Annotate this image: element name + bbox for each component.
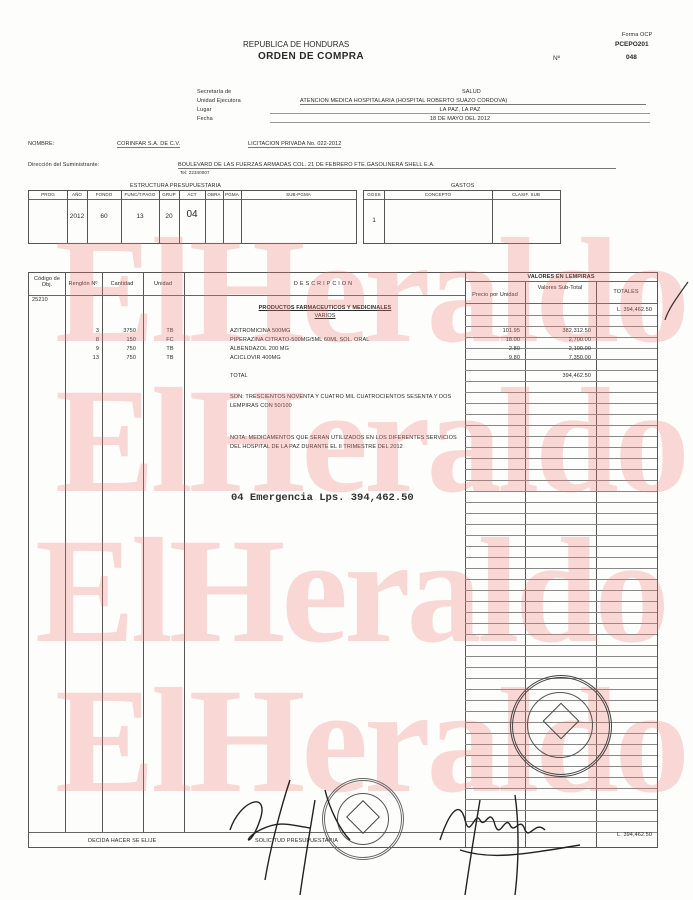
gastos-table: GGSS1CONCEPTOCLASIF. SUB bbox=[363, 190, 561, 244]
row-cantidad: 3750 bbox=[102, 328, 136, 334]
signature-1 bbox=[210, 770, 410, 900]
secretaria-value: SALUD bbox=[462, 89, 481, 95]
grand-total-top: L. 394,462.50 bbox=[596, 307, 652, 313]
col-renglon-header: Renglón Nº bbox=[65, 281, 101, 287]
total-label: TOTAL bbox=[230, 373, 248, 379]
lugar-label: Lugar bbox=[197, 107, 212, 113]
row-renglon: 13 bbox=[65, 355, 99, 361]
budget-header: ACT bbox=[179, 192, 205, 197]
order-number-label: Nº bbox=[553, 55, 560, 62]
footer-total: L. 394,462.50 bbox=[596, 832, 652, 838]
budget-header: FONDO bbox=[87, 192, 121, 197]
gastos-value: 1 bbox=[364, 217, 384, 224]
total-value: 394,462.50 bbox=[525, 373, 591, 379]
row-precio: 9.80 bbox=[465, 355, 520, 361]
nombre-label: NOMBRE: bbox=[28, 141, 54, 147]
col-precio-header: Precio por Unidad bbox=[465, 292, 525, 298]
fecha-value: 18 DE MAYO DEL 2012 bbox=[270, 116, 650, 123]
row-unidad: TB bbox=[160, 346, 180, 352]
signature-2 bbox=[420, 770, 600, 900]
lugar-value: LA PAZ, LA PAZ bbox=[270, 107, 650, 114]
row-cantidad: 150 bbox=[102, 337, 136, 343]
budget-table: PROGAÑO2012FONDO60FUNC/T.PAGO13GRUP20ACT… bbox=[28, 190, 357, 244]
col-subtotal-header: Valores Sub-Total bbox=[525, 285, 595, 291]
gastos-header: GGSS bbox=[364, 192, 384, 197]
budget-value: 60 bbox=[87, 213, 121, 220]
note-text: NOTA: MEDICAMENTOS QUE SERAN UTILIZADOS … bbox=[230, 434, 458, 452]
amount-in-words: SON: TRESCIENTOS NOVENTA Y CUATRO MIL CU… bbox=[230, 393, 458, 411]
col-totales-header: TOTALES bbox=[596, 289, 656, 295]
country-heading: REPUBLICA DE HONDURAS bbox=[243, 40, 349, 49]
supplier-phone: Tel: 22340007 bbox=[180, 170, 210, 175]
row-precio: 18.00 bbox=[465, 337, 520, 343]
row-unidad: TB bbox=[160, 355, 180, 361]
unidad-value: ATENCION MEDICA HOSPITALARIA (HOSPITAL R… bbox=[300, 98, 646, 105]
budget-value: 13 bbox=[121, 213, 159, 220]
budget-header: PROG bbox=[29, 192, 67, 197]
budget-title: ESTRUCTURA PRESUPUESTARIA bbox=[130, 183, 221, 189]
row-subtotal: 7,350.00 bbox=[525, 355, 591, 361]
licitacion-number: LICITACION PRIVADA No. 022-2012 bbox=[248, 141, 341, 148]
budget-header: OBRA bbox=[205, 192, 223, 197]
form-label: Forma OCP bbox=[622, 32, 652, 38]
row-subtotal: 382,312.50 bbox=[525, 328, 591, 334]
row-cantidad: 750 bbox=[102, 346, 136, 352]
budget-value: 04 bbox=[179, 209, 205, 220]
row-descripcion: PIPERAZINA CITRATO-500MG/5ML 60ML SOL. O… bbox=[230, 337, 458, 343]
objeto-code: 25210 bbox=[32, 297, 48, 303]
unidad-label: Unidad Ejecutora bbox=[197, 98, 241, 104]
row-renglon: 9 bbox=[65, 346, 99, 352]
row-precio: 101.95 bbox=[465, 328, 520, 334]
row-subtotal: 2,100.00 bbox=[525, 346, 591, 352]
budget-header: AÑO bbox=[67, 192, 87, 197]
row-precio: 2.80 bbox=[465, 346, 520, 352]
valores-title: VALORES EN LEMPIRAS bbox=[465, 274, 657, 280]
check-mark bbox=[660, 280, 690, 330]
secretaria-label: Secretaría de bbox=[197, 89, 231, 95]
row-descripcion: AZITROMICINA 500MG bbox=[230, 328, 458, 334]
budget-header: GRUP bbox=[159, 192, 179, 197]
row-descripcion: ACICLOVIR 400MG bbox=[230, 355, 458, 361]
document-title: ORDEN DE COMPRA bbox=[258, 51, 364, 62]
category-title: PRODUCTOS FARMACEUTICOS Y MEDICINALES bbox=[196, 305, 454, 311]
budget-header: PGMA bbox=[223, 192, 241, 197]
row-renglon: 8 bbox=[65, 337, 99, 343]
category-subtitle: VARIOS bbox=[196, 313, 454, 319]
fecha-label: Fecha bbox=[197, 116, 213, 122]
row-renglon: 3 bbox=[65, 328, 99, 334]
row-cantidad: 750 bbox=[102, 355, 136, 361]
budget-header: SUB-PGMA bbox=[241, 192, 356, 197]
gastos-title: GASTOS bbox=[451, 183, 474, 189]
row-descripcion: ALBENDAZOL 200 MG bbox=[230, 346, 458, 352]
order-number: 048 bbox=[626, 54, 637, 61]
footer-left-label: DECIDA HACER SE ELIJE bbox=[88, 838, 156, 844]
budget-value: 2012 bbox=[67, 213, 87, 220]
row-unidad: FC bbox=[160, 337, 180, 343]
official-seal-stamp bbox=[510, 675, 612, 777]
budget-value: 20 bbox=[159, 213, 179, 220]
col-cantidad-header: Cantidad bbox=[102, 281, 142, 287]
budget-header: FUNC/T.PAGO bbox=[121, 192, 159, 197]
supplier-name: CORINFAR S.A. DE C.V. bbox=[117, 141, 180, 148]
form-code: PCEPO201 bbox=[615, 41, 649, 48]
gastos-header: CONCEPTO bbox=[384, 192, 492, 197]
col-unidad-header: Unidad bbox=[143, 281, 183, 287]
direccion-label: Dirección del Suministrante: bbox=[28, 162, 99, 168]
gastos-header: CLASIF. SUB bbox=[492, 192, 560, 197]
typed-summary: 04 Emergencia Lps. 394,462.50 bbox=[231, 492, 414, 504]
col-descripcion-header: DESCRIPCION bbox=[184, 281, 464, 287]
row-unidad: TB bbox=[160, 328, 180, 334]
supplier-address: BOULEVARD DE LAS FUERZAS ARMADAS COL. 21… bbox=[178, 162, 616, 169]
col-codigo-header: Código de Obj. bbox=[30, 276, 64, 288]
row-subtotal: 2,700.00 bbox=[525, 337, 591, 343]
